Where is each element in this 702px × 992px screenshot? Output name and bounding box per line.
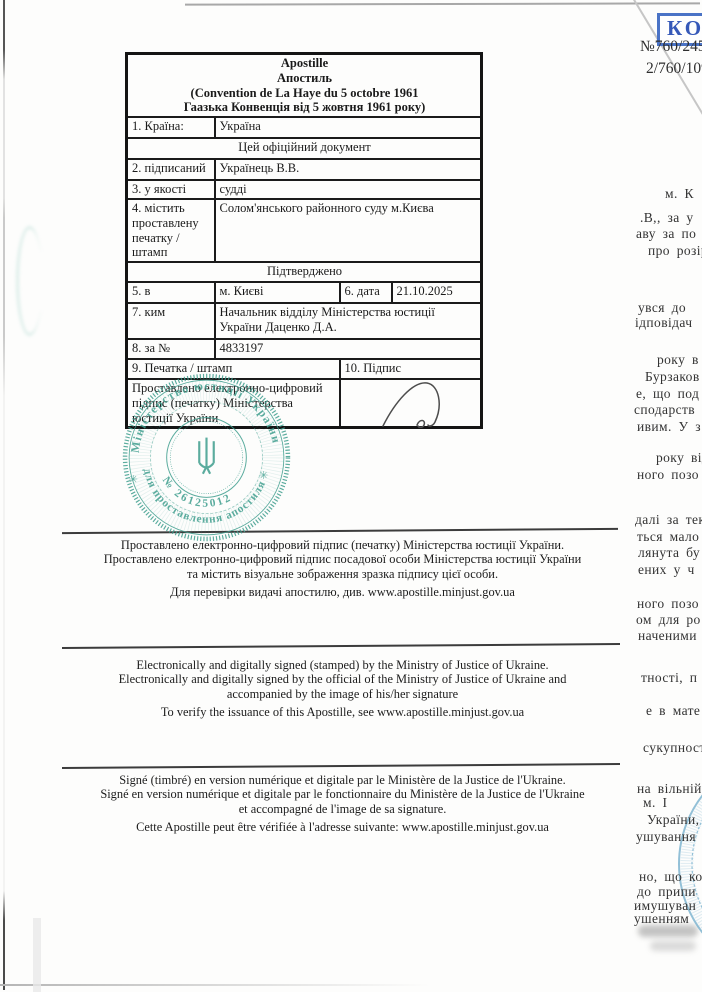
stamp-star-right: ✳: [259, 470, 268, 482]
footer-fr-line3: et accompagné de l'image de sa signature…: [35, 802, 650, 816]
row6-label: 6. дата: [340, 282, 392, 303]
underlying-text-fragment: м. К: [665, 186, 694, 202]
underlying-text-fragment: сподарств: [634, 402, 695, 418]
row5-label: 5. в: [127, 282, 215, 303]
signature-cell: [340, 379, 482, 428]
partial-court-stamp-icon: [656, 772, 702, 952]
row2-value: Українець В.В.: [215, 159, 482, 180]
footer-en-verify-line: To verify the issuance of this Apostille…: [35, 705, 650, 719]
scan-bottom-edge: [0, 984, 430, 986]
stamp-star-left: ✳: [129, 474, 138, 486]
row6-value: 21.10.2025: [392, 282, 482, 303]
underlying-text-fragment: про розір: [648, 243, 702, 259]
ministry-of-justice-stamp-icon: Міністерство юстиції України для простав…: [116, 367, 297, 548]
case-number-line2: 2/760/109: [646, 60, 702, 78]
footer-french-block: Signé (timbré) en version numérique et d…: [35, 773, 650, 853]
table-row-title: Apostille Апостиль (Convention de La Hay…: [127, 54, 482, 118]
underlying-text-fragment: е, що под: [636, 386, 699, 402]
title-uk: Апостиль: [132, 71, 477, 86]
trident-emblem-icon: [199, 438, 213, 474]
separator-line: [62, 763, 620, 769]
scan-bottom-left-strip: [33, 918, 41, 992]
footer-uk-line2: Проставлено електронно-цифровий підпис п…: [35, 552, 650, 566]
underlying-text-fragment: увся до: [638, 300, 686, 316]
footer-ukrainian-block: Проставлено електронно-цифровий підпис (…: [35, 538, 650, 618]
row7-value: Начальник відділу Міністерства юстиції У…: [215, 303, 482, 339]
title-en: Apostille: [132, 56, 477, 71]
table-row-acting-as: 3. у якості судді: [127, 180, 482, 199]
underlying-text-fragment: е в мате: [646, 703, 700, 719]
row1-value: Україна: [215, 117, 482, 138]
row4-label: 4. містить проставлену печатку / штамп: [127, 199, 215, 262]
underlying-text-fragment: аву за по: [636, 226, 696, 242]
underlying-text-fragment: ідповідач: [635, 315, 692, 331]
row3-value: судді: [215, 180, 482, 199]
table-row-at-date: 5. в м. Києві 6. дата 21.10.2025: [127, 282, 482, 303]
row1-label: 1. Країна:: [127, 117, 215, 138]
certified-line: Підтверджено: [127, 262, 482, 282]
table-row-country: 1. Країна: Україна: [127, 117, 482, 138]
footer-fr-verify-line: Cette Apostille peut être vérifiée à l'a…: [35, 820, 650, 834]
row3-label: 3. у якості: [127, 180, 215, 199]
row4-value: Солом'янського районного суду м.Києва: [215, 199, 482, 262]
footer-fr-line2: Signé en version numérique et digitale p…: [35, 787, 650, 801]
table-row-bears-seal: 4. містить проставлену печатку / штамп С…: [127, 199, 482, 262]
footer-uk-verify-line: Для перевірки видачі апостилю, див. www.…: [35, 585, 650, 599]
footer-english-block: Electronically and digitally signed (sta…: [35, 658, 650, 738]
separator-line: [62, 643, 620, 649]
underlying-text-fragment: ивим. У з: [637, 419, 701, 435]
table-row-number: 8. за № 4833197: [127, 339, 482, 359]
svg-text:для проставлення апостиля: для проставлення апостиля: [141, 467, 268, 525]
stamp-ring-bottom-text: для проставлення апостиля: [141, 467, 268, 525]
underlying-text-fragment: наченими: [638, 628, 697, 644]
underlying-text-fragment: Бурзаков: [645, 369, 700, 385]
row8-value: 4833197: [215, 339, 482, 359]
underlying-text-fragment: сукупност: [643, 740, 702, 756]
row7-label: 7. ким: [127, 303, 215, 339]
title-convention-uk: Гаазька Конвенція від 5 жовтня 1961 року…: [132, 100, 477, 115]
row8-label: 8. за №: [127, 339, 215, 359]
table-row-by-whom: 7. ким Начальник відділу Міністерства юс…: [127, 303, 482, 339]
scan-left-edge: [3, 0, 5, 990]
scan-top-edge: [185, 2, 700, 5]
row5-value: м. Києві: [215, 282, 340, 303]
row10-label: 10. Підпис: [340, 359, 482, 379]
official-document-line: Цей офіційний документ: [127, 138, 482, 159]
footer-en-line1: Electronically and digitally signed (sta…: [35, 658, 650, 672]
faint-stamp-edge: [16, 226, 43, 336]
footer-en-line2: Electronically and digitally signed by t…: [35, 672, 650, 686]
scanned-apostille-page: КО №760/245 2/760/109 м. К.В,, за уаву з…: [0, 0, 702, 992]
footer-fr-line1: Signé (timbré) en version numérique et d…: [35, 773, 650, 787]
underlying-text-fragment: ного позо: [637, 467, 699, 483]
title-convention-fr: (Convention de La Haye du 5 octobre 1961: [132, 86, 477, 101]
case-number-line1: №760/245: [640, 38, 702, 56]
table-row-document: Цей офіційний документ: [127, 138, 482, 159]
underlying-text-fragment: року в: [657, 352, 699, 368]
underlying-text-fragment: .В,, за у: [640, 210, 694, 226]
table-row-signed-by: 2. підписаний Українець В.В.: [127, 159, 482, 180]
row2-label: 2. підписаний: [127, 159, 215, 180]
underlying-text-fragment: далі за тек: [635, 512, 702, 528]
footer-en-line3: accompanied by the image of his/her sign…: [35, 687, 650, 701]
underlying-text-fragment: року від: [656, 450, 702, 466]
footer-uk-line3: та містить візуальне зображення зразка п…: [35, 567, 650, 581]
handwritten-signature: [371, 378, 475, 428]
table-row-certified: Підтверджено: [127, 262, 482, 282]
